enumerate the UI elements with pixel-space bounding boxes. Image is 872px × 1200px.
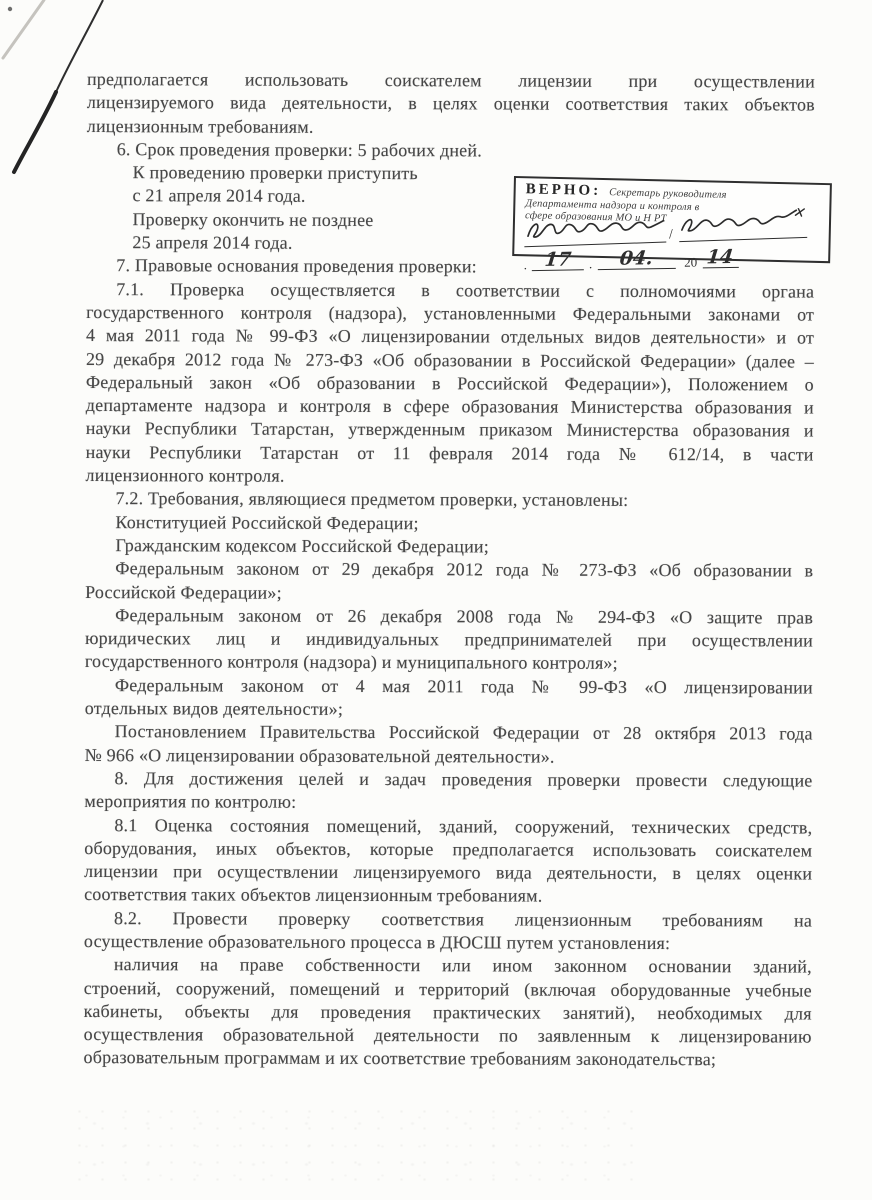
text-line: соответствия таких объектов лицензионным… [84, 883, 812, 909]
text-line: 6. Срок проведения проверки: 5 рабочих д… [87, 138, 815, 164]
text-line: 8.2. Провести проверку соответствия лице… [84, 907, 812, 933]
text-line: Федеральным законом от 26 декабря 2008 г… [85, 604, 813, 630]
signature-scribble [523, 213, 666, 248]
text-line: 29 декабря 2012 года № 273-ФЗ «Об образо… [86, 348, 814, 374]
text-line: лицензии при осуществлении лицензируемог… [84, 860, 812, 886]
text-line: Федеральный закон «Об образовании в Росс… [86, 371, 814, 397]
text-line: 4 мая 2011 года № 99-ФЗ «О лицензировани… [86, 324, 814, 350]
text-line: 7.1. Проверка осуществляется в соответст… [86, 278, 814, 304]
text-line: кабинеты, объекты для проведения практич… [84, 1000, 812, 1026]
text-line: науки Республики Татарстан, утвержденным… [86, 417, 814, 443]
text-line: государственного контроля (надзора), уст… [86, 301, 814, 327]
text-line: государственного контроля (надзора) и му… [85, 650, 813, 676]
signature-separator: / [669, 228, 673, 242]
text-line: Гражданским кодексом Российской Федераци… [85, 534, 813, 560]
date-dot: . [524, 258, 527, 271]
text-line: Российской Федерации»; [85, 581, 813, 607]
text-line: оборудования, иных объектов, которые пре… [84, 837, 812, 863]
certification-stamp: ВЕРНО: Секретарь руководителя Департамен… [512, 176, 832, 263]
date-century-printed: 20 [684, 256, 697, 269]
text-line: 8. Для достижения целей и задач проведен… [84, 767, 812, 793]
text-line: наличия на праве собственности или ином … [84, 953, 812, 979]
text-line: Конституцией Российской Федерации; [85, 511, 813, 537]
date-month-handwritten: 04. [619, 249, 654, 269]
text-line: мероприятия по контролю: [84, 790, 812, 816]
date-dot: . [589, 257, 592, 270]
text-line: лицензируемого вида деятельности, в целя… [87, 91, 815, 117]
text-line: предполагается использовать соискателем … [87, 68, 815, 94]
text-line: осуществления образовательной деятельнос… [84, 1023, 812, 1049]
text-line: Постановлением Правительства Российской … [85, 720, 813, 746]
date-year-handwritten: 14 [706, 248, 734, 267]
text-line: образовательным программам и их соответс… [84, 1046, 812, 1072]
stamp-verno-label: ВЕРНО: [525, 181, 601, 200]
text-line: № 966 «О лицензировании образовательной … [85, 744, 813, 770]
text-line: лицензионным требованиям. [87, 115, 815, 141]
date-day-handwritten: 17 [544, 250, 572, 269]
scan-bleedthrough-noise [68, 1103, 638, 1191]
text-line: лицензионного контроля. [86, 464, 814, 490]
text-line: отдельных видов деятельности»; [85, 697, 813, 723]
text-line: 8.1 Оценка состояния помещений, зданий, … [84, 813, 812, 839]
stamp-signature-row: / [524, 213, 821, 247]
text-line: науки Республики Татарстан от 11 февраля… [86, 441, 814, 467]
text-line: Федеральным законом от 4 мая 2011 года №… [85, 674, 813, 700]
text-line: 7.2. Требования, являющиеся предметом пр… [85, 487, 813, 513]
text-line: Федеральным законом от 29 декабря 2012 г… [85, 557, 813, 583]
text-line: осуществление образовательного процесса … [84, 930, 812, 956]
text-line: юридических лиц и индивидуальных предпри… [85, 627, 813, 653]
scanned-document-page: предполагается использовать соискателем … [0, 0, 872, 1200]
text-line: строений, сооружений, помещений и террит… [84, 977, 812, 1003]
text-line: департаменте надзора и контроля в сфере … [86, 394, 814, 420]
signature-scribble-2 [678, 208, 807, 242]
